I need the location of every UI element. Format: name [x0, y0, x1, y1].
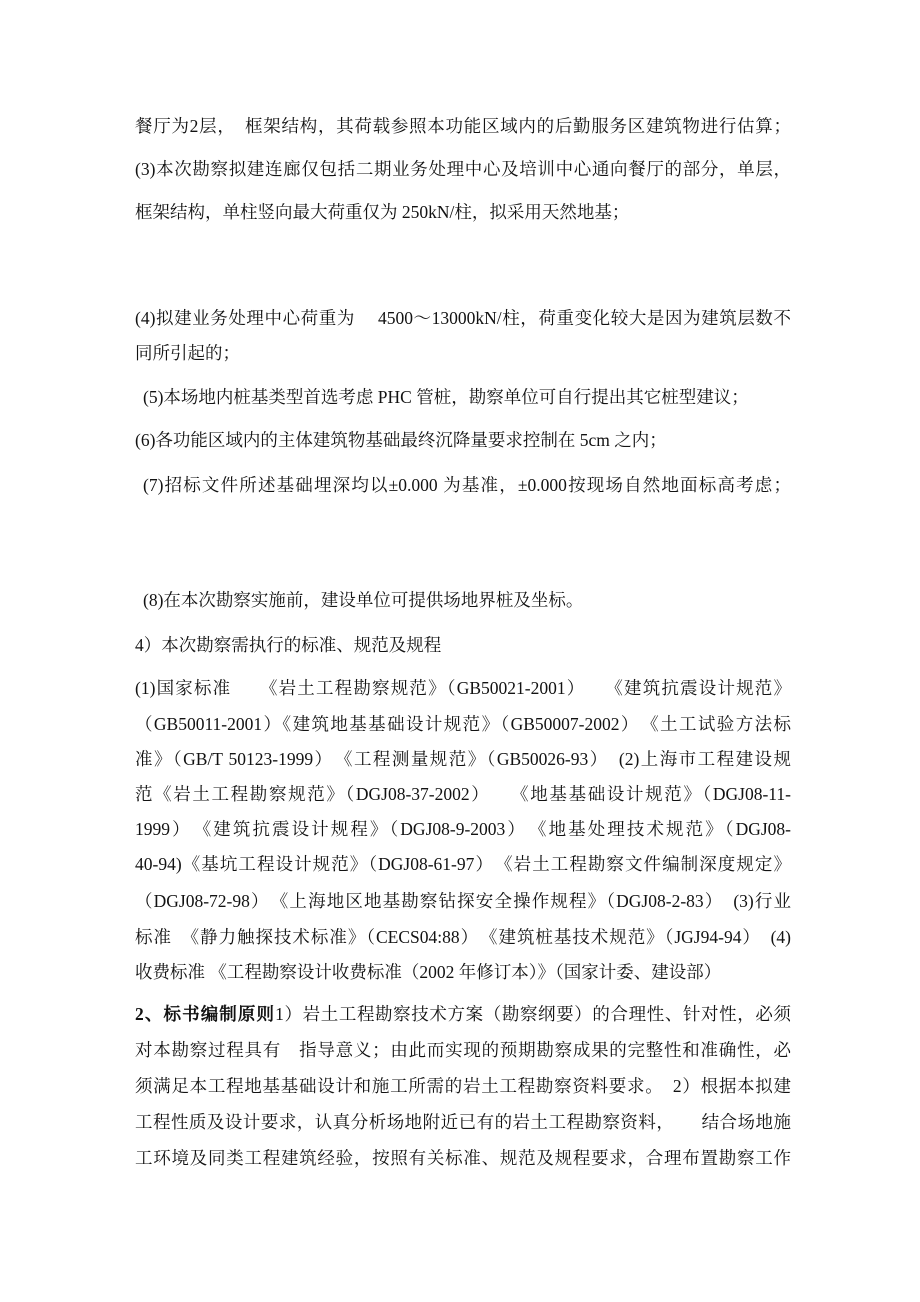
- text-line: 4）本次勘察需执行的标准、规范及规程: [135, 634, 791, 657]
- text-line: 2、标书编制原则1）岩土工程勘察技术方案（勘察纲要）的合理性、针对性，必须: [135, 1003, 791, 1026]
- text-line: 框架结构，单柱竖向最大荷重仅为 250kN/柱，拟采用天然地基；: [135, 201, 791, 224]
- text-line: 40-94)《基坑工程设计规范》（DGJ08-61-97） 《岩土工程勘察文件编…: [135, 853, 791, 876]
- document-page: 餐厅为2层， 框架结构，其荷载参照本功能区域内的后勤服务区建筑物进行估算；(3)…: [0, 0, 920, 1302]
- text-line: 工程性质及设计要求，认真分析场地附近已有的岩土工程勘察资料， 结合场地施: [135, 1111, 791, 1134]
- text-line: 同所引起的；: [135, 342, 791, 365]
- text-line: （GB50011-2001）《建筑地基基础设计规范》（GB50007-2002）…: [135, 713, 791, 736]
- text-line: 范《岩土工程勘察规范》（DGJ08-37-2002） 《地基基础设计规范》（DG…: [135, 783, 791, 806]
- text-run: 1）岩土工程勘察技术方案（勘察纲要）的合理性、针对性，必须: [275, 1004, 791, 1024]
- text-line: (8)在本次勘察实施前，建设单位可提供场地界桩及坐标。: [143, 589, 791, 612]
- text-line: 餐厅为2层， 框架结构，其荷载参照本功能区域内的后勤服务区建筑物进行估算；: [135, 115, 791, 138]
- text-line: 准》（GB/T 50123-1999） 《工程测量规范》（GB50026-93）…: [135, 748, 791, 771]
- text-line: (6)各功能区域内的主体建筑物基础最终沉降量要求控制在 5cm 之内；: [135, 429, 791, 452]
- text-line: (1)国家标准 《岩土工程勘察规范》（GB50021-2001） 《建筑抗震设计…: [135, 677, 791, 700]
- text-line: (3)本次勘察拟建连廊仅包括二期业务处理中心及培训中心通向餐厅的部分，单层，: [135, 158, 791, 181]
- text-line: 收费标准 《工程勘察设计收费标准（2002 年修订本）》（国家计委、建设部）: [135, 961, 791, 984]
- text-line: (5)本场地内桩基类型首选考虑 PHC 管桩，勘察单位可自行提出其它桩型建议；: [143, 386, 791, 409]
- text-line: 标准 《静力触探技术标准》（CECS04:88） 《建筑桩基技术规范》（JGJ9…: [135, 926, 791, 949]
- text-line: (4)拟建业务处理中心荷重为 4500～13000kN/柱，荷重变化较大是因为建…: [135, 307, 791, 330]
- text-line: (7)招标文件所述基础埋深均以±0.000 为基准，±0.000按现场自然地面标…: [143, 474, 791, 497]
- text-line: 须满足本工程地基基础设计和施工所需的岩土工程勘察资料要求。 2）根据本拟建: [135, 1075, 791, 1098]
- section-heading: 2、标书编制原则: [135, 1004, 275, 1024]
- text-line: 对本勘察过程具有 指导意义；由此而实现的预期勘察成果的完整性和准确性，必: [135, 1039, 791, 1062]
- text-line: 工环境及同类工程建筑经验，按照有关标准、规范及规程要求，合理布置勘察工作: [135, 1147, 791, 1170]
- text-line: 1999） 《建筑抗震设计规程》（DGJ08-9-2003） 《地基处理技术规范…: [135, 818, 791, 841]
- text-line: （DGJ08-72-98） 《上海地区地基勘察钻探安全操作规程》（DGJ08-2…: [135, 890, 791, 913]
